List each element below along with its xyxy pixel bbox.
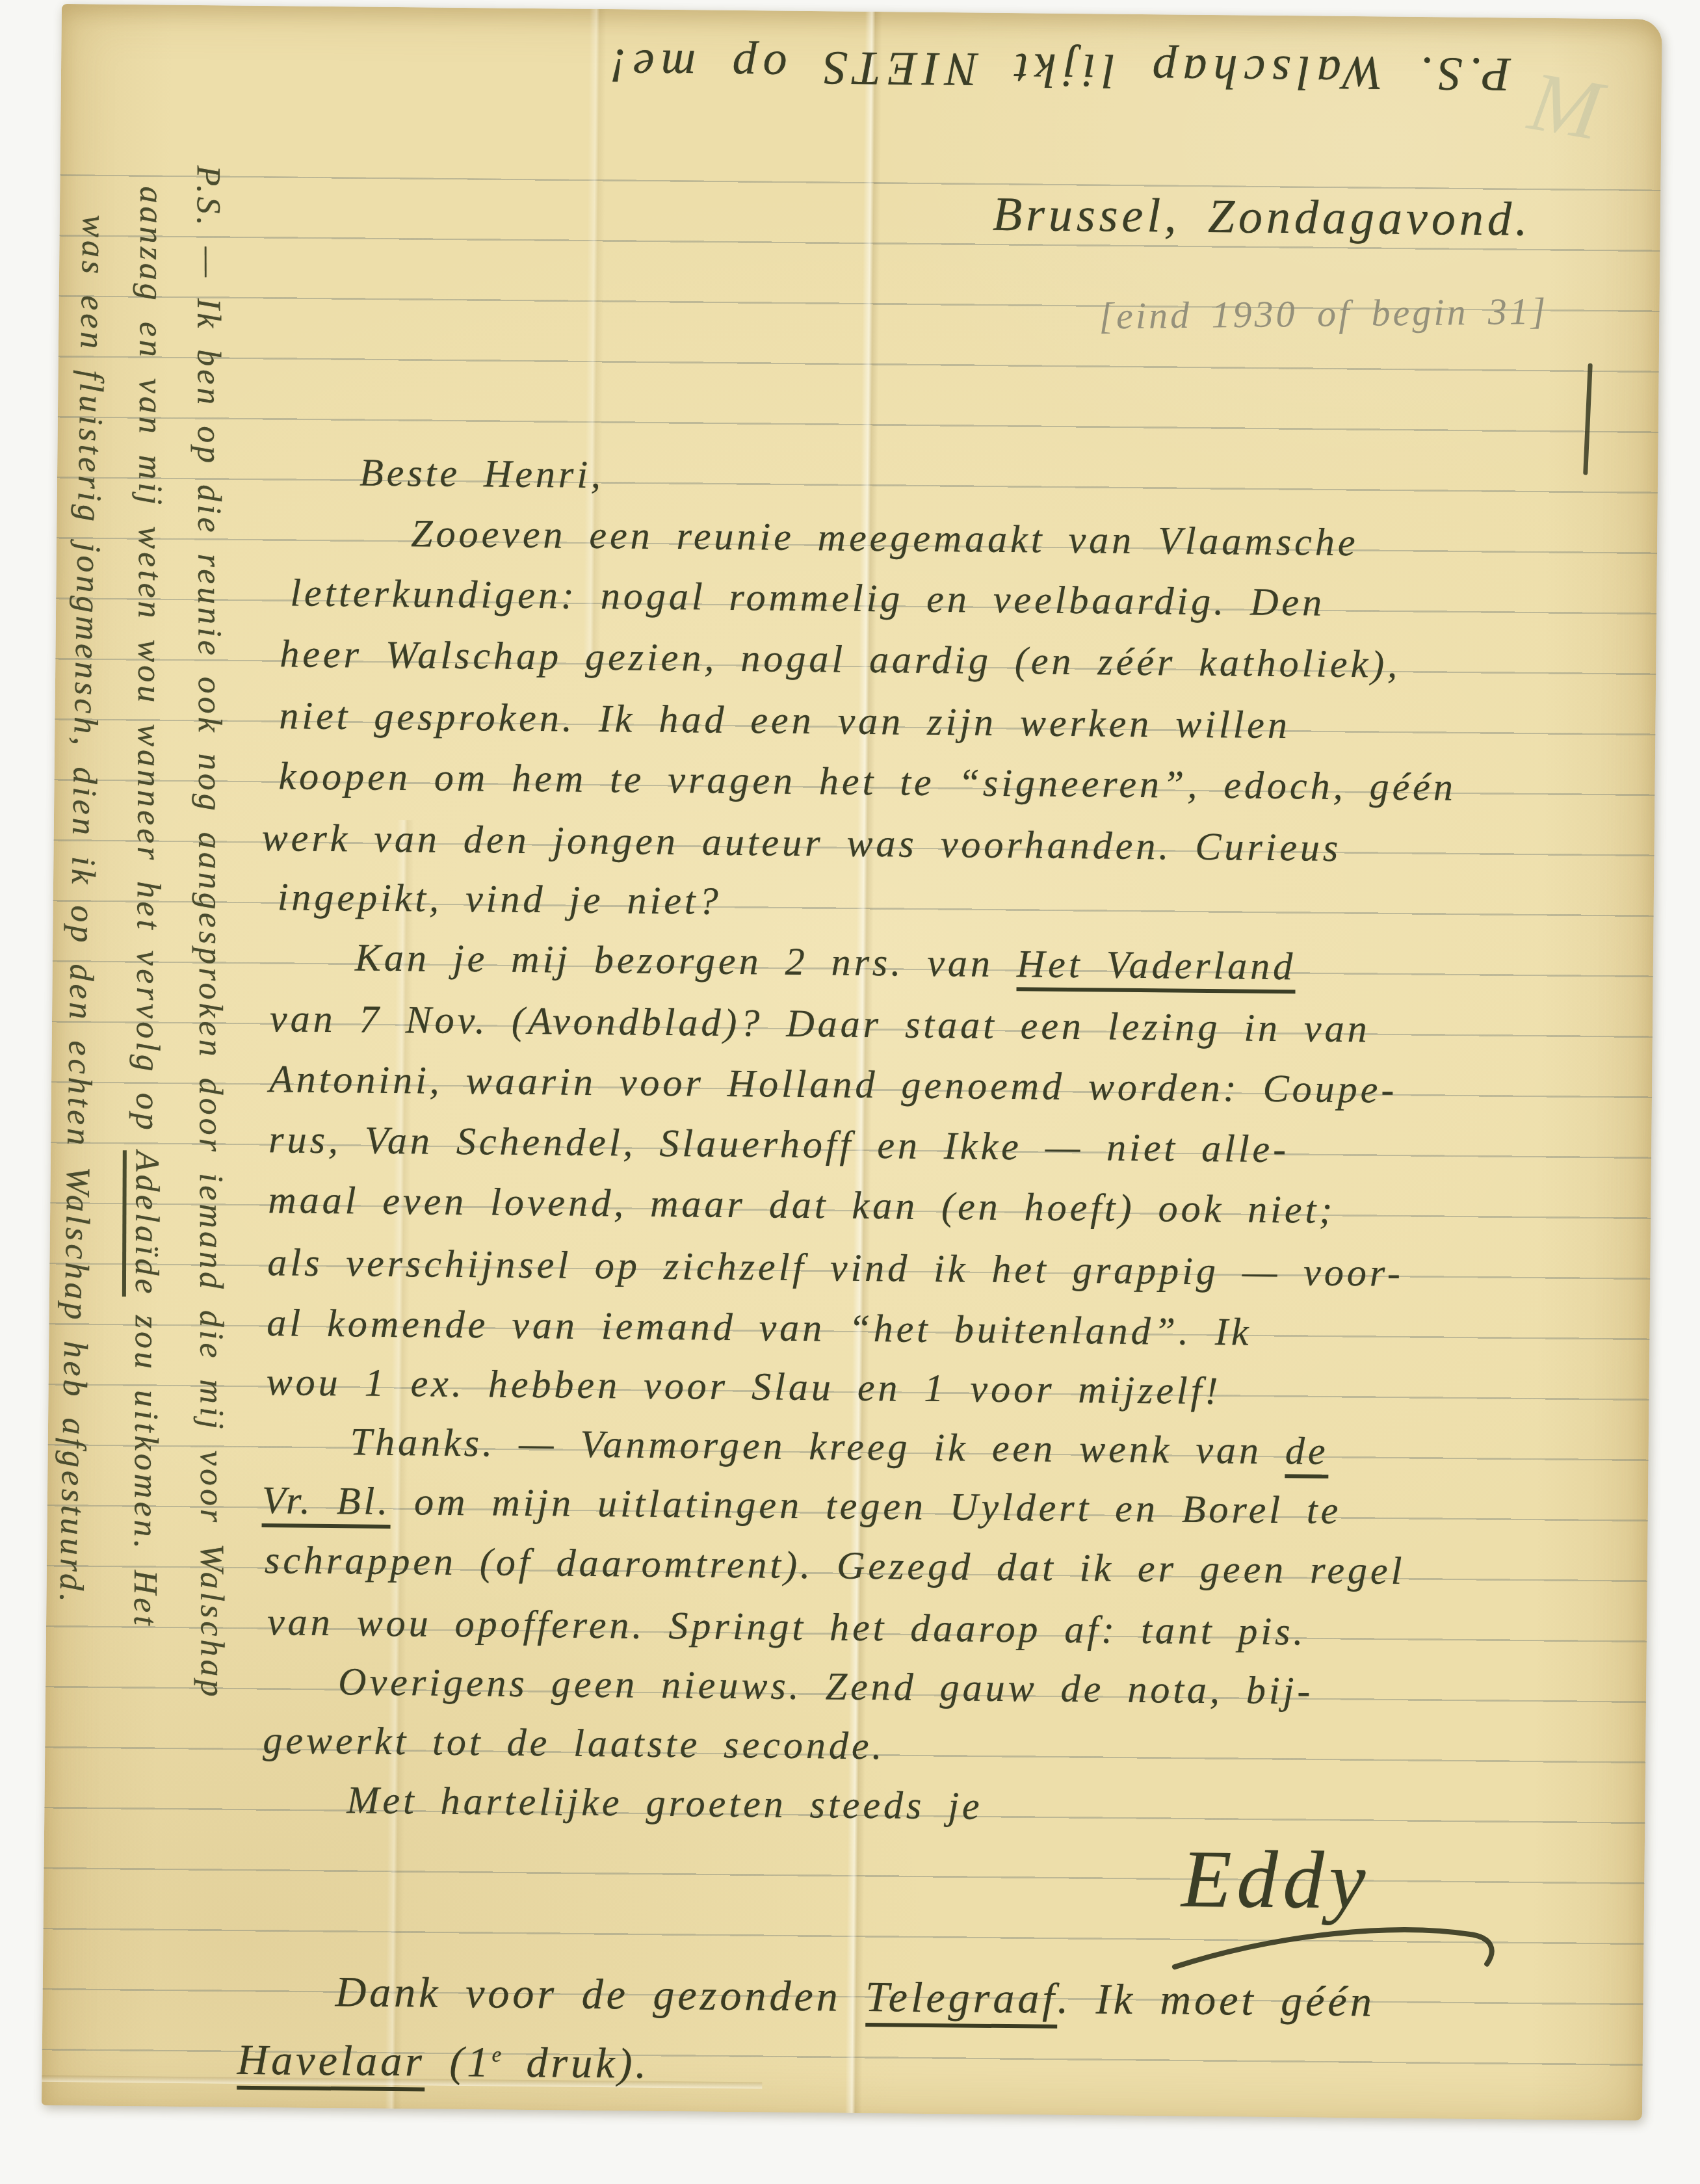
margin-line: P.S. — Ik ben op die reunie ook nog aang… <box>189 165 231 1700</box>
handwriting-line: Kan je mij bezorgen 2 nrs. van Het Vader… <box>355 935 1296 989</box>
handwriting-line: als verschijnsel op zichzelf vind ik het… <box>267 1240 1404 1296</box>
postscript-line: Havelaar (1e druk). <box>237 2036 649 2089</box>
vertical-crease-top <box>583 9 607 659</box>
text-segment: niet gesproken. Ik had een van zijn werk… <box>279 694 1290 746</box>
handwriting-line: van wou opofferen. Springt het daarop af… <box>267 1599 1307 1654</box>
text-segment: e <box>491 2043 502 2066</box>
handwriting-line: al komende van iemand van “het buitenlan… <box>267 1300 1252 1355</box>
text-segment: van 7 Nov. (Avondblad)? Daar staat een l… <box>270 997 1370 1050</box>
postscript-line: Dank voor de gezonden Telegraaf. Ik moet… <box>335 1967 1375 2027</box>
handwriting-line: ingepikt, vind je niet? <box>277 875 721 924</box>
handwriting-line: rus, Van Schendel, Slauerhoff en Ikke — … <box>268 1117 1290 1172</box>
text-segment: Zooeven een reunie meegemaakt van Vlaams… <box>411 512 1359 564</box>
underlined-text: Adelaïde <box>122 1151 166 1297</box>
text-segment: als verschijnsel op zichzelf vind ik het… <box>267 1241 1404 1295</box>
handwriting-line: wou 1 ex. hebben voor Slau en 1 voor mij… <box>266 1360 1221 1414</box>
upside-down-postscript: P.S. Walschap lijkt NIETS op me! <box>604 38 1511 101</box>
underlined-text: Havelaar <box>237 2036 425 2092</box>
text-segment: ingepikt, vind je niet? <box>278 875 722 923</box>
margin-postscript: P.S. — Ik ben op die reunie ook nog aang… <box>62 4 1662 20</box>
handwriting-line: maal even lovend, maar dat kan (en hoeft… <box>268 1178 1336 1233</box>
handwriting-line: koopen om hem te vragen het te “signeere… <box>278 754 1456 809</box>
text-segment: . Ik moet géén <box>1057 1975 1375 2026</box>
text-segment: zou uitkomen. Het <box>127 1297 165 1629</box>
text-segment: Beste Henri, <box>360 451 605 496</box>
handwriting-line: Thanks. — Vanmorgen kreeg ik een wenk va… <box>350 1419 1329 1473</box>
handwriting-line: Met hartelijke groeten steeds je <box>347 1778 983 1828</box>
underlined-text: de <box>1285 1429 1329 1479</box>
handwriting-line: schrappen (of daaromtrent). Gezegd dat i… <box>265 1538 1406 1594</box>
text-segment: al komende van iemand van “het buitenlan… <box>267 1301 1252 1354</box>
pencil-monogram: M <box>1523 52 1608 160</box>
text-segment: om mijn uitlatingen tegen Uyldert en Bor… <box>391 1480 1342 1532</box>
handwriting-line: Antonini, waarin voor Holland genoemd wo… <box>269 1057 1398 1112</box>
letter-paper: P.S. Walschap lijkt NIETS op me! M Bruss… <box>42 4 1662 2120</box>
handwriting-line: letterkundigen: nogal rommelig en veelba… <box>290 570 1325 625</box>
text-segment: Met hartelijke groeten steeds je <box>347 1778 983 1827</box>
text-segment: wou 1 ex. hebben voor Slau en 1 voor mij… <box>266 1360 1221 1412</box>
text-segment: druk). <box>502 2039 650 2088</box>
text-segment: letterkundigen: nogal rommelig en veelba… <box>290 571 1325 624</box>
handwriting-line: Overigens geen nieuws. Zend gauw de nota… <box>338 1659 1314 1713</box>
handwriting-line: van 7 Nov. (Avondblad)? Daar staat een l… <box>270 996 1370 1051</box>
text-segment: was een fluisterig jongmensch, dien ik o… <box>52 215 112 1606</box>
margin-line: was een fluisterig jongmensch, dien ik o… <box>51 215 112 1606</box>
text-segment: Thanks. — Vanmorgen kreeg ik een wenk va… <box>350 1420 1285 1472</box>
handwriting-line: Beste Henri, <box>360 450 605 497</box>
text-segment: van wou opofferen. Springt het daarop af… <box>267 1600 1307 1653</box>
scanned-letter-page: { "document": { "kind": "handwritten let… <box>0 0 1700 2184</box>
text-segment: gewerkt tot de laatste seconde. <box>263 1718 885 1767</box>
text-segment: Antonini, waarin voor Holland genoemd wo… <box>269 1057 1398 1111</box>
handwriting-line: werk van den jongen auteur was voorhande… <box>261 815 1341 871</box>
text-segment: Kan je mij bezorgen 2 nrs. van <box>355 936 1017 985</box>
text-segment: werk van den jongen auteur was voorhande… <box>261 816 1341 869</box>
text-segment: Dank voor de gezonden <box>335 1968 865 2021</box>
underlined-text: Het Vaderland <box>1017 942 1296 993</box>
underlined-text: Telegraaf <box>865 1973 1058 2029</box>
letter-body: Beste Henri,Zooeven een reunie meegemaak… <box>62 4 1662 20</box>
text-segment: Overigens geen nieuws. Zend gauw de nota… <box>338 1660 1314 1712</box>
text-segment: rus, Van Schendel, Slauerhoff en Ikke — … <box>268 1118 1290 1170</box>
text-segment: P.S. — Ik ben op die reunie ook nog aang… <box>190 165 231 1700</box>
handwriting-line: niet gesproken. Ik had een van zijn werk… <box>279 693 1290 748</box>
bottom-postscript: Dank voor de gezonden Telegraaf. Ik moet… <box>62 4 1662 20</box>
handwriting-line: Vr. Bl. om mijn uitlatingen tegen Uylder… <box>262 1478 1342 1533</box>
handwriting-line: gewerkt tot de laatste seconde. <box>263 1718 885 1769</box>
text-segment: aanzag en van mij weten wou wanneer het … <box>129 186 170 1151</box>
handwriting-line: heer Walschap gezien, nogal aardig (en z… <box>280 631 1401 687</box>
margin-line: aanzag en van mij weten wou wanneer het … <box>126 186 171 1628</box>
text-segment: heer Walschap gezien, nogal aardig (en z… <box>280 632 1400 686</box>
text-segment: (1 <box>425 2038 492 2086</box>
text-segment: koopen om hem te vragen het te “signeere… <box>278 754 1456 808</box>
dateline: Brussel, Zondagavond. <box>993 187 1532 248</box>
archivist-pencil-date: [eind 1930 of begin 31] <box>1099 289 1549 338</box>
text-segment: schrappen (of daaromtrent). Gezegd dat i… <box>265 1538 1406 1592</box>
text-segment: maal even lovend, maar dat kan (en hoeft… <box>268 1178 1336 1231</box>
stray-ink-stroke <box>1583 363 1593 475</box>
underlined-text: Vr. Bl. <box>262 1479 391 1529</box>
handwriting-line: Zooeven een reunie meegemaakt van Vlaams… <box>411 511 1359 565</box>
